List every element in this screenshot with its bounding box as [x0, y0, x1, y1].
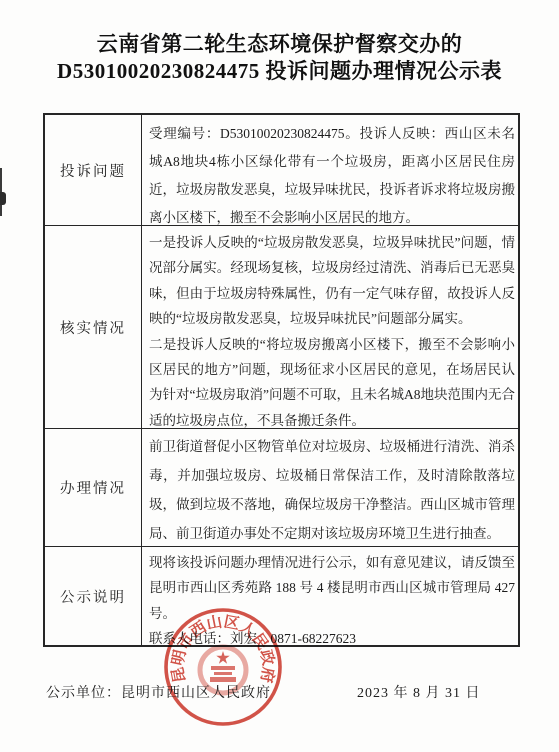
publishing-unit: 公示单位：昆明市西山区人民政府 [46, 682, 271, 702]
row-label-verification: 核实情况 [45, 226, 142, 428]
paragraph: 受理编号：D53010020230824475。投诉人反映：西山区未名城A8地块… [149, 120, 515, 225]
row-label-public-notice: 公示说明 [45, 547, 142, 645]
table-row-complaint-issue: 投诉问题 受理编号：D53010020230824475。投诉人反映：西山区未名… [45, 115, 518, 225]
scan-artifact [0, 192, 6, 205]
paragraph: 现将该投诉问题办理情况进行公示，如有意见建议，请反馈至昆明市西山区秀苑路 188… [149, 550, 515, 626]
title-line-1: 云南省第二轮生态环境保护督察交办的 [0, 31, 559, 58]
emblem-star [216, 651, 229, 664]
row-content-public-notice: 现将该投诉问题办理情况进行公示，如有意见建议，请反馈至昆明市西山区秀苑路 188… [142, 547, 518, 645]
table-row-public-notice: 公示说明 现将该投诉问题办理情况进行公示，如有意见建议，请反馈至昆明市西山区秀苑… [45, 546, 518, 645]
page-title: 云南省第二轮生态环境保护督察交办的 D53010020230824475 投诉问… [0, 31, 559, 85]
emblem-gate-top [211, 666, 235, 670]
paragraph: 一是投诉人反映的“垃圾房散发恶臭，垃圾异味扰民”问题，情况部分属实。经现场复核，… [149, 230, 515, 332]
publish-date: 2023 年 8 月 31 日 [357, 682, 481, 702]
paragraph: 二是投诉人反映的“将垃圾房搬离小区楼下，搬至不会影响小区居民的地方”问题，现场征… [149, 332, 515, 428]
title-line-2: D53010020230824475 投诉问题办理情况公示表 [0, 58, 559, 85]
paragraph: 前卫街道督促小区物管单位对垃圾房、垃圾桶进行清洗、消杀毒，并加强垃圾房、垃圾桶日… [149, 432, 515, 546]
row-content-verification: 一是投诉人反映的“垃圾房散发恶臭，垃圾异味扰民”问题，情况部分属实。经现场复核，… [142, 226, 518, 428]
complaint-handling-table: 投诉问题 受理编号：D53010020230824475。投诉人反映：西山区未名… [43, 113, 520, 647]
row-content-complaint-issue: 受理编号：D53010020230824475。投诉人反映：西山区未名城A8地块… [142, 115, 518, 225]
row-label-complaint-issue: 投诉问题 [45, 115, 142, 225]
row-content-handling: 前卫街道督促小区物管单位对垃圾房、垃圾桶进行清洗、消杀毒，并加强垃圾房、垃圾桶日… [142, 429, 518, 546]
table-row-verification: 核实情况 一是投诉人反映的“垃圾房散发恶臭，垃圾异味扰民”问题，情况部分属实。经… [45, 225, 518, 428]
row-label-handling: 办理情况 [45, 429, 142, 546]
emblem-gate-mid [214, 672, 232, 675]
contact-line: 联系人电话：刘宏 0871-68227623 [149, 626, 515, 645]
document-page: 云南省第二轮生态环境保护督察交办的 D53010020230824475 投诉问… [0, 0, 559, 752]
table-row-handling: 办理情况 前卫街道督促小区物管单位对垃圾房、垃圾桶进行清洗、消杀毒，并加强垃圾房… [45, 428, 518, 546]
